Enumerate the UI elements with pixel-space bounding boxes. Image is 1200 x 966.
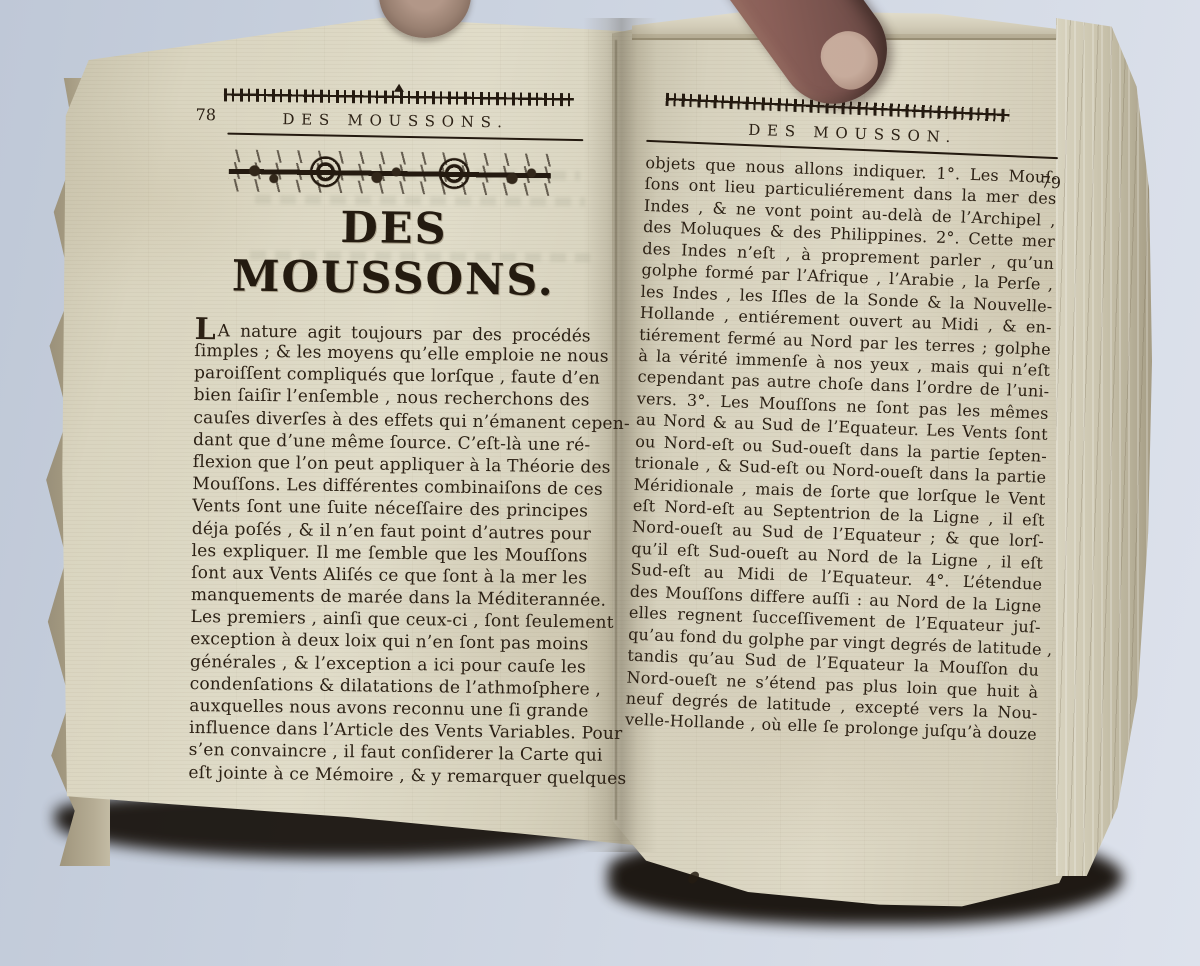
photo-of-open-book: 78 DES MOUSSONS. DES MOUSSONS. L A natur…: [0, 0, 1200, 966]
page-number-79: 79: [1040, 172, 1061, 192]
right-body-text: objets que nous allons indiquer. 1°. Les…: [625, 153, 1058, 747]
left-body-lines: ſimples ; & les moyens qu’elle emploie n…: [188, 341, 590, 790]
right-body-lines: objets que nous allons indiquer. 1°. Les…: [625, 153, 1058, 747]
floral-ornament-band: [229, 149, 552, 195]
chapter-title: DES MOUSSONS.: [195, 201, 592, 307]
header-rule: [227, 133, 583, 142]
left-body-text: L A nature agit toujours par des procédé…: [188, 317, 590, 790]
running-header-right: DES MOUSSON.: [748, 121, 957, 147]
left-header-row: 78 DES MOUSSONS.: [197, 108, 593, 133]
drop-cap: L: [194, 319, 215, 341]
fore-edge-page-stack: [1056, 18, 1152, 876]
page-number-78: 78: [195, 105, 216, 124]
crest-ornament: [394, 84, 404, 92]
left-page-print-block: 78 DES MOUSSONS. DES MOUSSONS. L A natur…: [188, 88, 594, 790]
running-header-left: DES MOUSSONS.: [282, 110, 509, 131]
right-page-print-block: DES MOUSSON. 79 objets que nous allons i…: [625, 94, 1060, 746]
